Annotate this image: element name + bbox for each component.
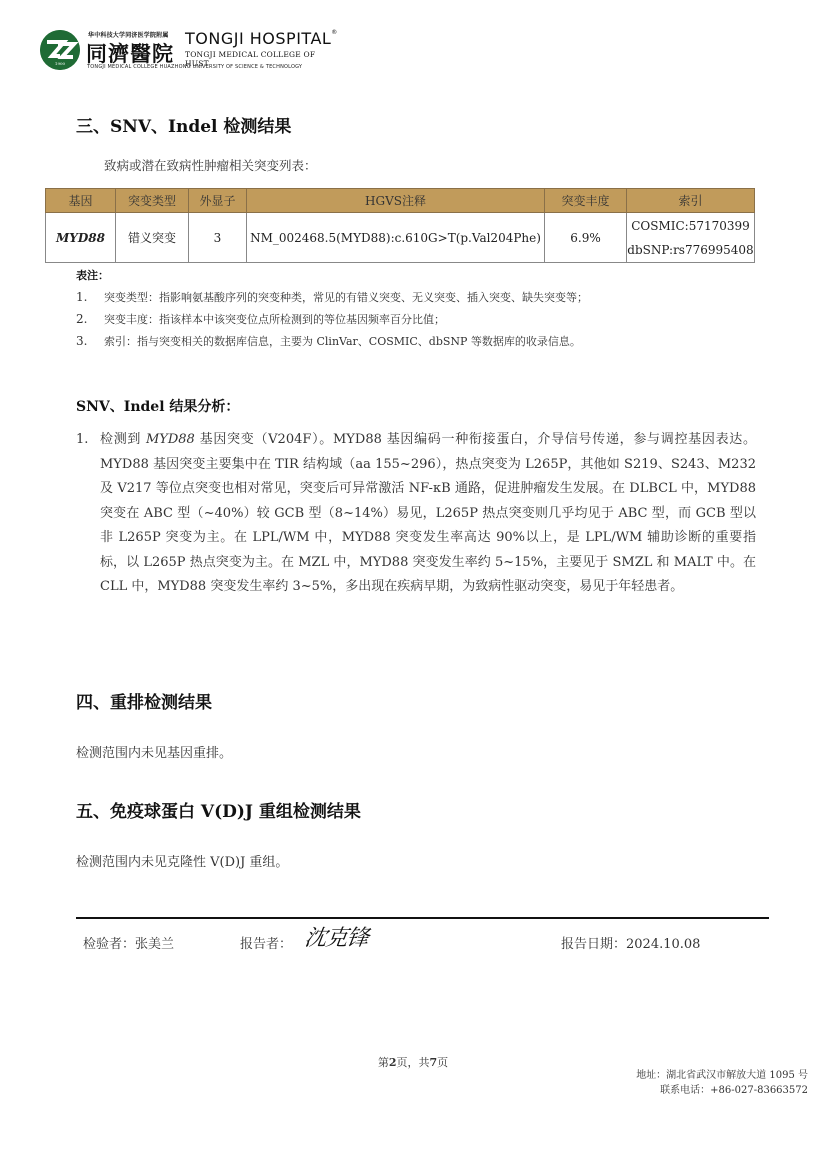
table-header-row: 基因 突变类型 外显子 HGVS注释 突变丰度 索引 (46, 189, 755, 213)
col-vaf: 突变丰度 (545, 189, 627, 213)
analysis-item-number: 1. (76, 428, 88, 453)
col-gene: 基因 (46, 189, 116, 213)
vdj-result: 检测范围内未见克隆性 V(D)J 重组。 (76, 851, 288, 870)
section-title-vdj: 五、免疫球蛋白 V(D)J 重组检测结果 (76, 797, 361, 822)
analysis-item: 1. 检测到 MYD88 基因突变（V204F）。MYD88 基因编码一种衔接蛋… (76, 428, 756, 600)
cell-hgvs: NM_002468.5(MYD88):c.610G>T(p.Val204Phe) (247, 213, 545, 263)
variant-table: 基因 突变类型 外显子 HGVS注释 突变丰度 索引 MYD88 错义突变 3 … (45, 188, 755, 263)
cell-gene: MYD88 (46, 213, 116, 263)
table-row: MYD88 错义突变 3 NM_002468.5(MYD88):c.610G>T… (46, 213, 755, 263)
analysis-title: SNV、Indel 结果分析： (76, 396, 239, 416)
ref-cosmic: COSMIC:57170399 (627, 214, 754, 238)
table-intro: 致病或潜在致病性肿瘤相关突变列表： (104, 156, 317, 174)
report-date: 报告日期：2024.10.08 (561, 933, 700, 952)
hospital-phone: 联系电话：+86-027-83663572 (636, 1083, 808, 1098)
section-title-snv-indel: 三、SNV、Indel 检测结果 (76, 112, 291, 137)
hospital-emblem-icon: 1900 (40, 30, 80, 70)
ref-dbsnp: dbSNP:rs776995408 (627, 238, 754, 262)
cell-refs: COSMIC:57170399 dbSNP:rs776995408 (627, 213, 755, 263)
logo-university-line: TONGJI MEDICAL COLLEGE HUAZHONG UNIVERSI… (87, 64, 302, 70)
hospital-logo: 1900 华中科技大学同济医学院附属 同濟醫院 TONGJI HOSPITAL®… (40, 28, 340, 74)
divider (76, 917, 769, 919)
col-hgvs: HGVS注释 (247, 189, 545, 213)
col-mutation-type: 突变类型 (116, 189, 189, 213)
col-exon: 外显子 (189, 189, 247, 213)
note-item: 3.索引：指与突变相关的数据库信息，主要为 ClinVar、COSMIC、dbS… (76, 333, 581, 349)
analysis-item-text: 检测到 MYD88 基因突变（V204F）。MYD88 基因编码一种衔接蛋白，介… (100, 428, 756, 600)
note-item: 1.突变类型：指影响氨基酸序列的突变种类，常见的有错义突变、无义突变、插入突变、… (76, 289, 588, 305)
col-refs: 索引 (627, 189, 755, 213)
cell-mutation-type: 错义突变 (116, 213, 189, 263)
note-item: 2.突变丰度：指该样本中该突变位点所检测到的等位基因频率百分比值； (76, 311, 445, 327)
reporter-label: 报告者： (240, 933, 292, 952)
hospital-address: 地址：湖北省武汉市解放大道 1095 号 (636, 1068, 808, 1083)
reporter-signature: 沈克锋 (303, 921, 370, 952)
rearrangement-result: 检测范围内未见基因重排。 (76, 742, 232, 761)
svg-text:1900: 1900 (55, 61, 66, 66)
cell-exon: 3 (189, 213, 247, 263)
inspector: 检验者：张美兰 (83, 933, 174, 952)
gene-name: MYD88 (146, 432, 195, 447)
logo-name-en: TONGJI HOSPITAL® (185, 29, 338, 48)
hospital-contact: 地址：湖北省武汉市解放大道 1095 号 联系电话：+86-027-836635… (636, 1068, 808, 1098)
notes-title: 表注： (76, 267, 109, 283)
cell-vaf: 6.9% (545, 213, 627, 263)
section-title-rearrangement: 四、重排检测结果 (76, 688, 212, 713)
